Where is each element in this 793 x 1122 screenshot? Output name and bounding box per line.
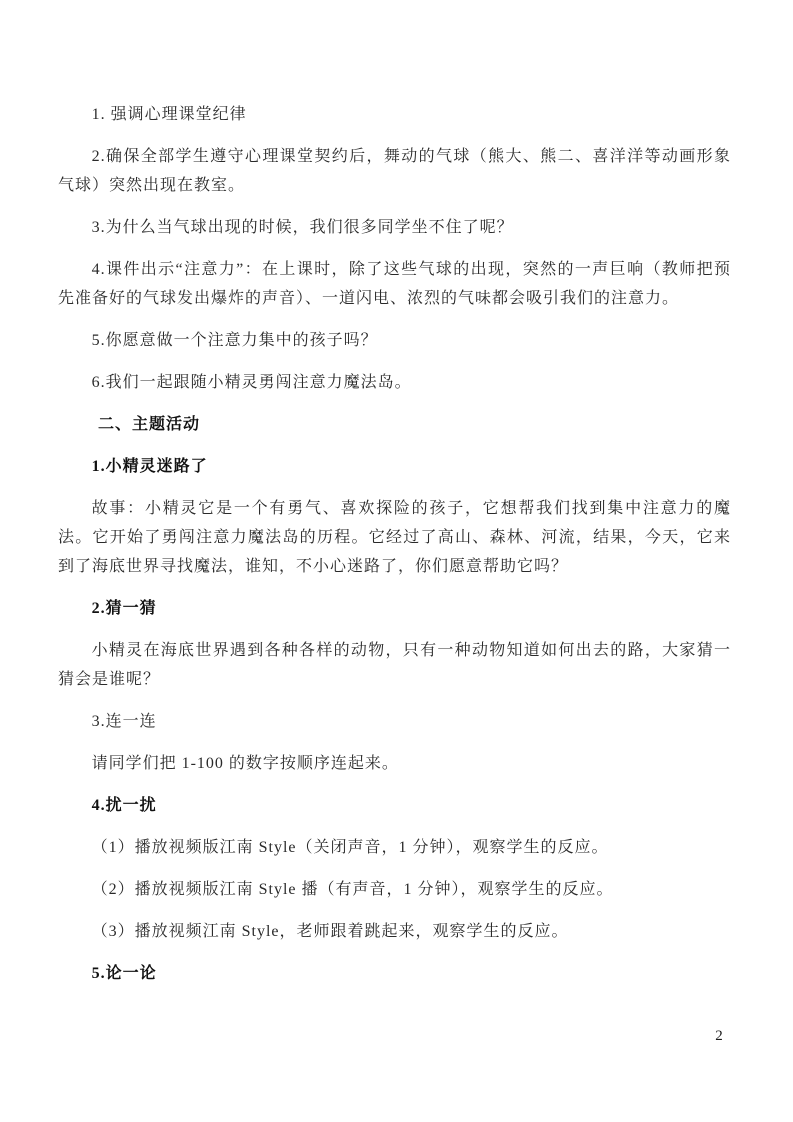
numbered-item-2: 2.确保全部学生遵守心理课堂契约后，舞动的气球（熊大、熊二、喜洋洋等动画形象气球… [58,142,731,200]
section-heading-theme-activities: 二、主题活动 [58,410,731,439]
activity-3-body-paragraph: 请同学们把 1-100 的数字按顺序连起来。 [58,749,731,778]
numbered-item-4: 4.课件出示“注意力”：在上课时，除了这些气球的出现，突然的一声巨响（教师把预先… [58,255,731,313]
numbered-item-6: 6.我们一起跟随小精灵勇闯注意力魔法岛。 [58,368,731,397]
activity-heading-4: 4.扰一扰 [58,791,731,820]
activity-heading-5: 5.论一论 [58,959,731,988]
activity-heading-3: 3.连一连 [58,707,731,736]
activity-heading-2: 2.猜一猜 [58,594,731,623]
numbered-item-3: 3.为什么当气球出现的时候，我们很多同学坐不住了呢？ [58,213,731,242]
activity-heading-1: 1.小精灵迷路了 [58,452,731,481]
activity-4-step-2: （2）播放视频版江南 Style 播（有声音，1 分钟），观察学生的反应。 [58,875,731,904]
document-page: 1. 强调心理课堂纪律 2.确保全部学生遵守心理课堂契约后，舞动的气球（熊大、熊… [0,0,793,1122]
activity-4-step-1: （1）播放视频版江南 Style（关闭声音，1 分钟），观察学生的反应。 [58,833,731,862]
numbered-item-5: 5.你愿意做一个注意力集中的孩子吗？ [58,326,731,355]
activity-2-body-paragraph: 小精灵在海底世界遇到各种各样的动物，只有一种动物知道如何出去的路，大家猜一猜会是… [58,636,731,694]
activity-4-step-3: （3）播放视频江南 Style，老师跟着跳起来，观察学生的反应。 [58,917,731,946]
page-number: 2 [706,1026,732,1046]
page-content: 1. 强调心理课堂纪律 2.确保全部学生遵守心理课堂契约后，舞动的气球（熊大、熊… [0,0,793,988]
numbered-item-1: 1. 强调心理课堂纪律 [58,100,731,129]
activity-1-story-paragraph: 故事：小精灵它是一个有勇气、喜欢探险的孩子，它想帮我们找到集中注意力的魔法。它开… [58,494,731,581]
